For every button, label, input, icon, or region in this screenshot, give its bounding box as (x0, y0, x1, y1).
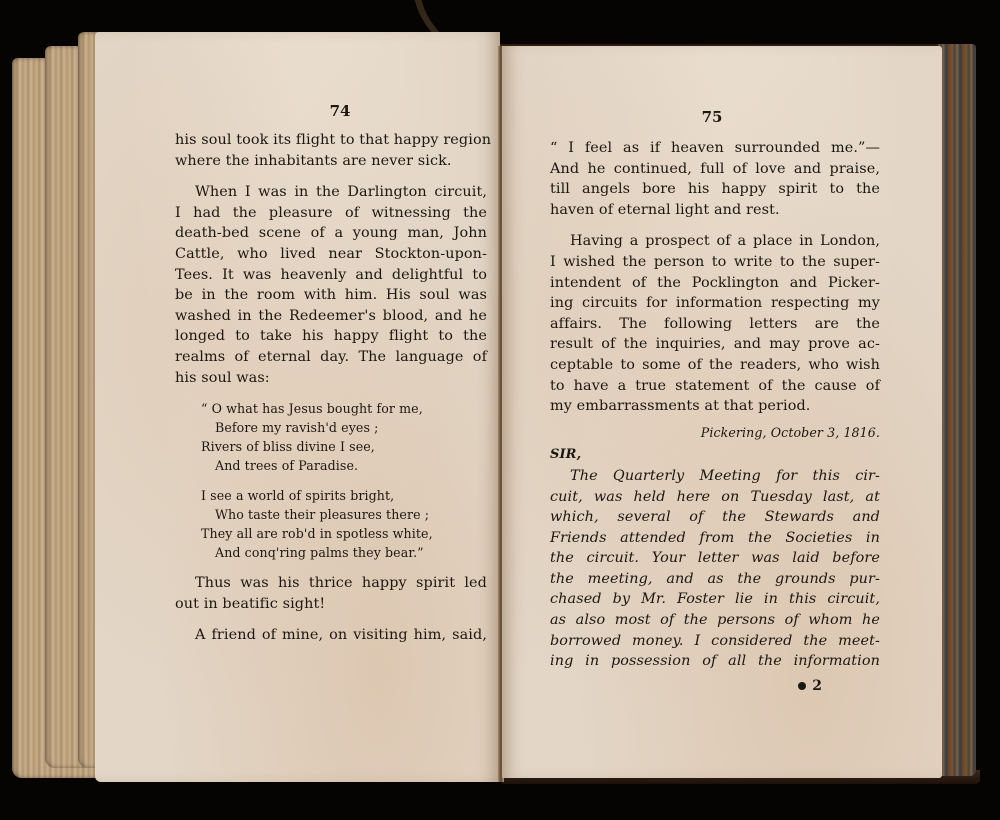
text-line: Tees. It was heavenly and delightful to (175, 265, 487, 286)
text-line: the circuit. Your letter was laid before (550, 548, 880, 569)
text-line: ing circuits for information respecting … (550, 293, 880, 314)
verse-line: Rivers of bliss divine I see, (201, 437, 487, 456)
verse-line: “ O what has Jesus bought for me, (201, 399, 487, 418)
text-line: ing in possession of all the information (550, 651, 880, 672)
text-line: result of the inquiries, and may prove a… (550, 334, 880, 355)
text-line: Cattle, who lived near Stockton-upon- (175, 244, 487, 265)
text-line: where the inhabitants are never sick. (175, 151, 487, 172)
text-line: “ I feel as if heaven surrounded me.”— (550, 138, 880, 159)
letter-dateline: Pickering, October 3, 1816. (550, 423, 880, 444)
text-line: chased by Mr. Foster lie in this circuit… (550, 589, 880, 610)
text-line: death-bed scene of a young man, John (175, 223, 487, 244)
text-line: Thus was his thrice happy spirit led (175, 573, 487, 594)
verse-line: And trees of Paradise. (201, 456, 487, 475)
text-line: washed in the Redeemer's blood, and he (175, 306, 487, 327)
text-line: affairs. The following letters are the (550, 314, 880, 335)
text-line: his soul took its flight to that happy r… (175, 130, 487, 151)
letter-salutation: SIR, (550, 445, 880, 466)
text-line: cuit, was held here on Tuesday last, at (550, 487, 880, 508)
text-line: intendent of the Pocklington and Picker- (550, 273, 880, 294)
text-line: When I was in the Darlington circuit, (175, 182, 487, 203)
book-photograph: 74 his soul took its flight to that happ… (0, 0, 1000, 820)
text-line: Friends attended from the Societies in (550, 528, 880, 549)
right-page: 75 “ I feel as if heaven surrounded me.”… (502, 46, 942, 778)
text-line: my embarrassments at that period. (550, 396, 880, 417)
text-line: his soul was: (175, 368, 487, 389)
text-line: out in beatific sight! (175, 594, 487, 615)
letter-body: The Quarterly Meeting for this cir- cuit… (550, 466, 880, 672)
right-page-text: “ I feel as if heaven surrounded me.”— A… (550, 138, 880, 672)
signature-mark: 2 (798, 678, 822, 694)
text-line: as also most of the persons of whom he (550, 610, 880, 631)
left-page-text: his soul took its flight to that happy r… (175, 130, 487, 646)
verse-line: Who taste their pleasures there ; (201, 505, 487, 524)
verse-line: And conq'ring palms they bear.” (201, 543, 487, 562)
text-line: borrowed money. I considered the meet- (550, 631, 880, 652)
text-line: realms of eternal day. The language of (175, 347, 487, 368)
text-line: be in the room with him. His soul was (175, 285, 487, 306)
text-line: the meeting, and as the grounds pur- (550, 569, 880, 590)
verse-line: They all are rob'd in spotless white, (201, 524, 487, 543)
text-line: till angels bore his happy spirit to the (550, 179, 880, 200)
text-line: A friend of mine, on visiting him, said, (175, 625, 487, 646)
text-line: ceptable to some of the readers, who wis… (550, 355, 880, 376)
text-line: Having a prospect of a place in London, (550, 231, 880, 252)
text-line: And he continued, full of love and prais… (550, 159, 880, 180)
text-line: The Quarterly Meeting for this cir- (550, 466, 880, 487)
text-line: I wished the person to write to the supe… (550, 252, 880, 273)
page-number: 75 (692, 108, 732, 126)
text-line: I had the pleasure of witnessing the (175, 203, 487, 224)
text-line: longed to take his happy flight to the (175, 326, 487, 347)
verse-line: I see a world of spirits bright, (201, 486, 487, 505)
text-line: which, several of the Stewards and (550, 507, 880, 528)
verse-line: Before my ravish'd eyes ; (201, 418, 487, 437)
signature-dot-icon (798, 682, 806, 690)
text-line: haven of eternal light and rest. (550, 200, 880, 221)
right-page-edges (938, 44, 976, 776)
hymn-verse-1: “ O what has Jesus bought for me, Before… (201, 399, 487, 475)
text-line: to have a true statement of the cause of (550, 376, 880, 397)
page-number: 74 (320, 102, 360, 120)
left-page: 74 his soul took its flight to that happ… (95, 32, 500, 782)
hymn-verse-2: I see a world of spirits bright, Who tas… (201, 486, 487, 562)
